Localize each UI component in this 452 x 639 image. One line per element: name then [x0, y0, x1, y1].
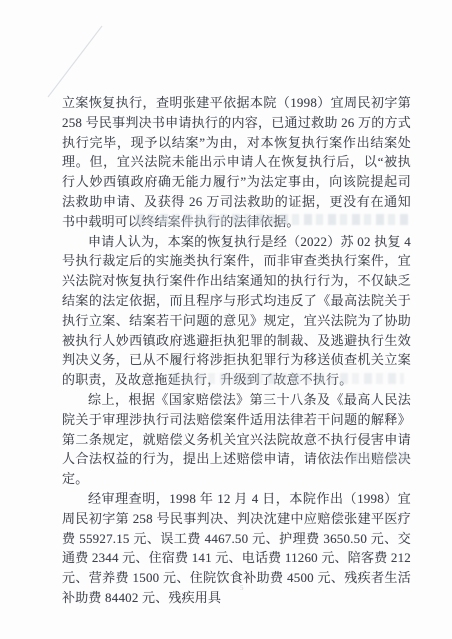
paragraph-claimant-opinion: 申请人认为，本案的恢复执行是经（2022）苏 02 执复 4 号执行裁定后的实施…: [62, 232, 411, 390]
paragraph-continuation: 立案恢复执行，查明张建平依据本院（1998）宜周民初字第 258 号民事判决书申…: [62, 93, 411, 232]
ink-bleed-artifact: [352, 452, 408, 463]
paragraph-findings: 经审理查明，1998 年 12 月 4 日，本院作出（1998）宜周民初字第 2…: [62, 489, 411, 608]
ink-bleed-artifact: [172, 373, 404, 384]
page-number: 5: [240, 584, 244, 592]
paragraph-legal-basis: 综上，根据《国家赔偿法》第三十八条及《最高人民法院关于审理涉执行司法赔偿案件适用…: [62, 390, 411, 489]
document-page: 立案恢复执行，查明张建平依据本院（1998）宜周民初字第 258 号民事判决书申…: [62, 93, 411, 608]
scanned-document-background: { "document": { "paragraphs": [ { "text"…: [0, 0, 452, 639]
ink-bleed-artifact: [136, 214, 408, 225]
